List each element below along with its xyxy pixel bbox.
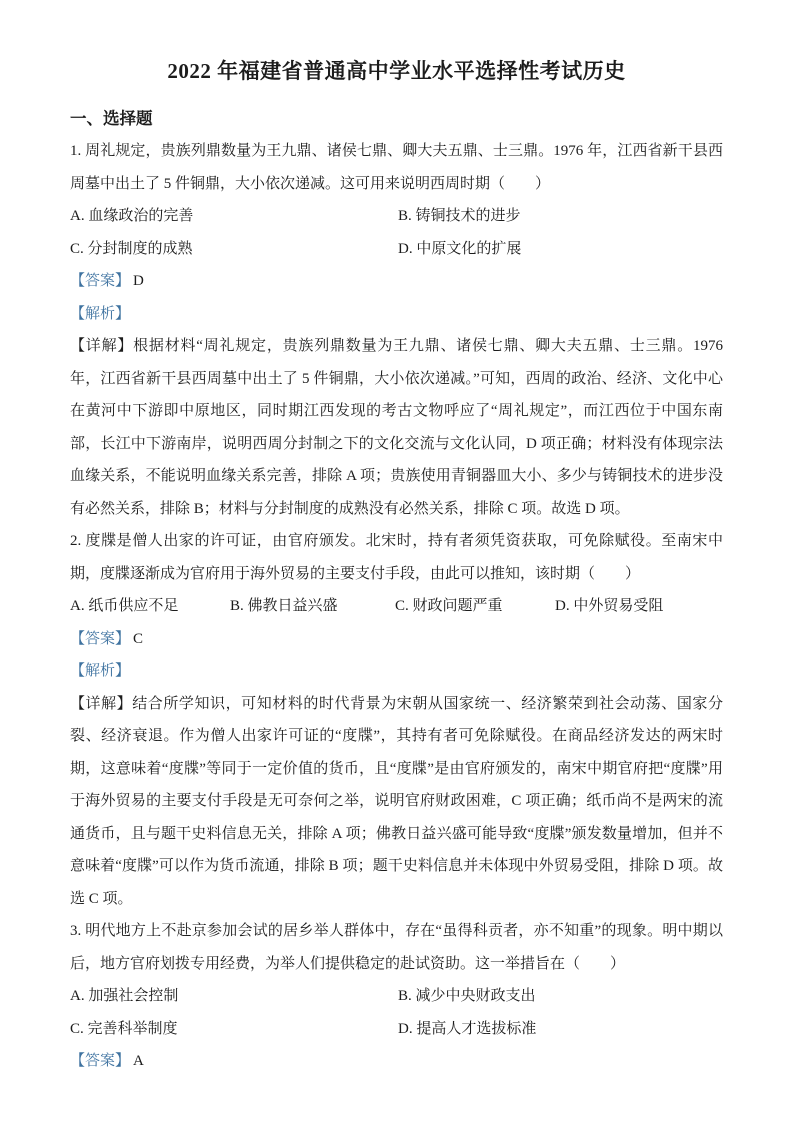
question-2-option-a: A. 纸币供应不足 — [70, 590, 230, 623]
question-1-option-c: C. 分封制度的成熟 — [70, 233, 398, 266]
question-2-analysis-line: 【解析】 — [70, 655, 723, 688]
question-3-stem: 3. 明代地方上不赴京参加会试的居乡举人群体中，存在“虽得科贡者，亦不知重”的现… — [70, 915, 723, 980]
question-2-explanation: 【详解】结合所学知识，可知材料的时代背景为宋朝从国家统一、经济繁荣到社会动荡、国… — [70, 688, 723, 916]
question-1-analysis-line: 【解析】 — [70, 298, 723, 331]
question-3-options: A. 加强社会控制 B. 减少中央财政支出 C. 完善科举制度 D. 提高人才选… — [70, 980, 723, 1045]
question-1-stem: 1. 周礼规定，贵族列鼎数量为王九鼎、诸侯七鼎、卿大夫五鼎、士三鼎。1976 年… — [70, 135, 723, 200]
question-3-option-d: D. 提高人才选拔标准 — [398, 1013, 723, 1046]
question-2-explanation-text: 结合所学知识，可知材料的时代背景为宋朝从国家统一、经济繁荣到社会动荡、国家分裂、… — [70, 696, 723, 907]
answer-label: 【答案】 — [70, 1053, 130, 1069]
detail-label: 【详解】 — [70, 696, 132, 712]
question-1-option-a: A. 血缘政治的完善 — [70, 200, 398, 233]
question-2-answer-line: 【答案】C — [70, 623, 723, 656]
question-3-option-c: C. 完善科举制度 — [70, 1013, 398, 1046]
answer-label: 【答案】 — [70, 631, 130, 647]
analysis-label: 【解析】 — [70, 306, 130, 322]
question-2-options: A. 纸币供应不足 B. 佛教日益兴盛 C. 财政问题严重 D. 中外贸易受阻 — [70, 590, 723, 623]
question-2-option-c: C. 财政问题严重 — [395, 590, 555, 623]
question-1-options: A. 血缘政治的完善 B. 铸铜技术的进步 C. 分封制度的成熟 D. 中原文化… — [70, 200, 723, 265]
question-3-answer-value: A — [133, 1053, 144, 1069]
question-2-stem: 2. 度牒是僧人出家的许可证，由官府颁发。北宋时，持有者须凭资获取，可免除赋役。… — [70, 525, 723, 590]
question-1-option-d: D. 中原文化的扩展 — [398, 233, 723, 266]
question-1-answer-line: 【答案】D — [70, 265, 723, 298]
section-header-multiple-choice: 一、选择题 — [70, 102, 723, 135]
question-2-answer-value: C — [133, 631, 143, 647]
question-3-answer-line: 【答案】A — [70, 1045, 723, 1078]
question-3-option-a: A. 加强社会控制 — [70, 980, 398, 1013]
exam-document-page: 2022 年福建省普通高中学业水平选择性考试历史 一、选择题 1. 周礼规定，贵… — [0, 0, 793, 1122]
analysis-label: 【解析】 — [70, 663, 130, 679]
question-2-option-d: D. 中外贸易受阻 — [555, 590, 723, 623]
question-1-explanation-text: 根据材料“周礼规定，贵族列鼎数量为王九鼎、诸侯七鼎、卿大夫五鼎、士三鼎。1976… — [70, 338, 723, 517]
question-2-option-b: B. 佛教日益兴盛 — [230, 590, 395, 623]
answer-label: 【答案】 — [70, 273, 130, 289]
question-1-option-b: B. 铸铜技术的进步 — [398, 200, 723, 233]
exam-title: 2022 年福建省普通高中学业水平选择性考试历史 — [70, 54, 723, 88]
question-3-option-b: B. 减少中央财政支出 — [398, 980, 723, 1013]
question-1-explanation: 【详解】根据材料“周礼规定，贵族列鼎数量为王九鼎、诸侯七鼎、卿大夫五鼎、士三鼎。… — [70, 330, 723, 525]
detail-label: 【详解】 — [70, 338, 133, 354]
question-1-answer-value: D — [133, 273, 144, 289]
